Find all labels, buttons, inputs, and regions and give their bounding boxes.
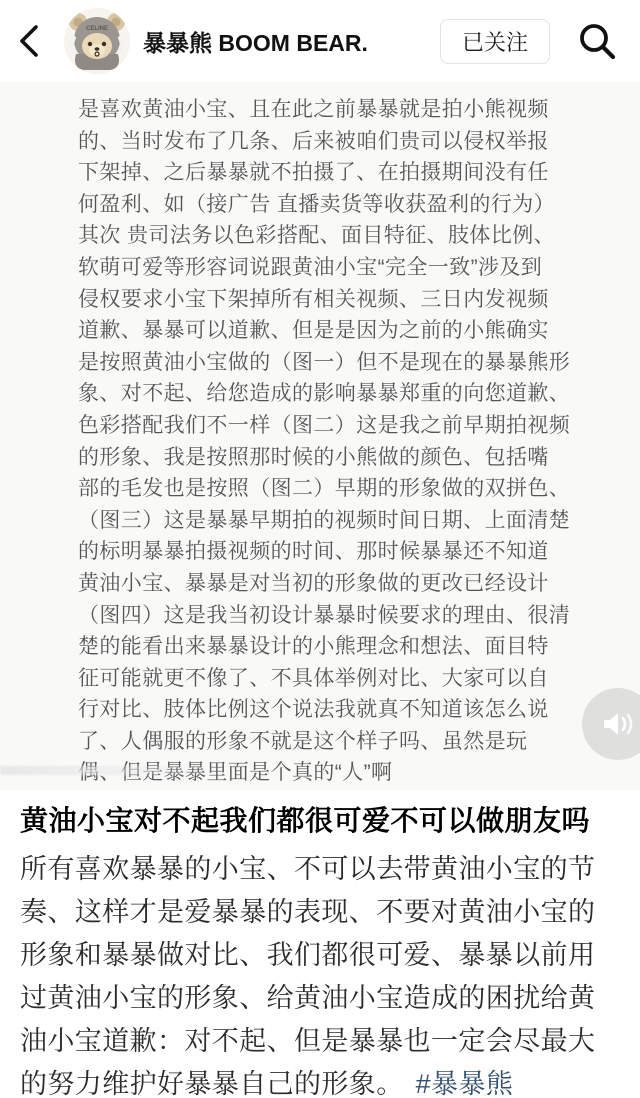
profile-name[interactable]: 暴暴熊 BOOM BEAR. — [143, 25, 368, 58]
post-image[interactable]: 是喜欢黄油小宝、且在此之前暴暴就是拍小熊视频 的、当时发布了几条、后来被咱们贵司… — [0, 82, 640, 790]
caption-title: 黄油小宝对不起我们都很可爱不可以做朋友吗 — [20, 800, 620, 842]
svg-text:CELINE: CELINE — [86, 26, 108, 32]
mute-button[interactable] — [582, 688, 640, 760]
speaker-icon — [601, 709, 635, 739]
caption: 黄油小宝对不起我们都很可爱不可以做朋友吗 所有喜欢暴暴的小宝、不可以去带黄油小宝… — [0, 790, 640, 1098]
caption-body: 所有喜欢暴暴的小宝、不可以去带黄油小宝的节奏、这样才是爱暴暴的表现、不要对黄油小… — [20, 848, 620, 1098]
image-artifact-streak — [0, 766, 250, 775]
caption-body-text: 所有喜欢暴暴的小宝、不可以去带黄油小宝的节奏、这样才是爱暴暴的表现、不要对黄油小… — [20, 854, 595, 1098]
chevron-left-icon — [16, 21, 42, 61]
header: CELINE 暴暴熊 BOOM BEAR. 已关注 — [0, 0, 640, 82]
hashtag-link[interactable]: #暴暴熊 — [416, 1069, 514, 1098]
search-icon — [576, 20, 618, 62]
post-image-text: 是喜欢黄油小宝、且在此之前暴暴就是拍小熊视频 的、当时发布了几条、后来被咱们贵司… — [78, 94, 583, 789]
avatar[interactable]: CELINE — [64, 8, 130, 74]
bear-avatar-icon: CELINE — [64, 8, 130, 74]
back-button[interactable] — [16, 19, 50, 63]
search-button[interactable] — [574, 18, 620, 64]
follow-button[interactable]: 已关注 — [440, 19, 550, 64]
